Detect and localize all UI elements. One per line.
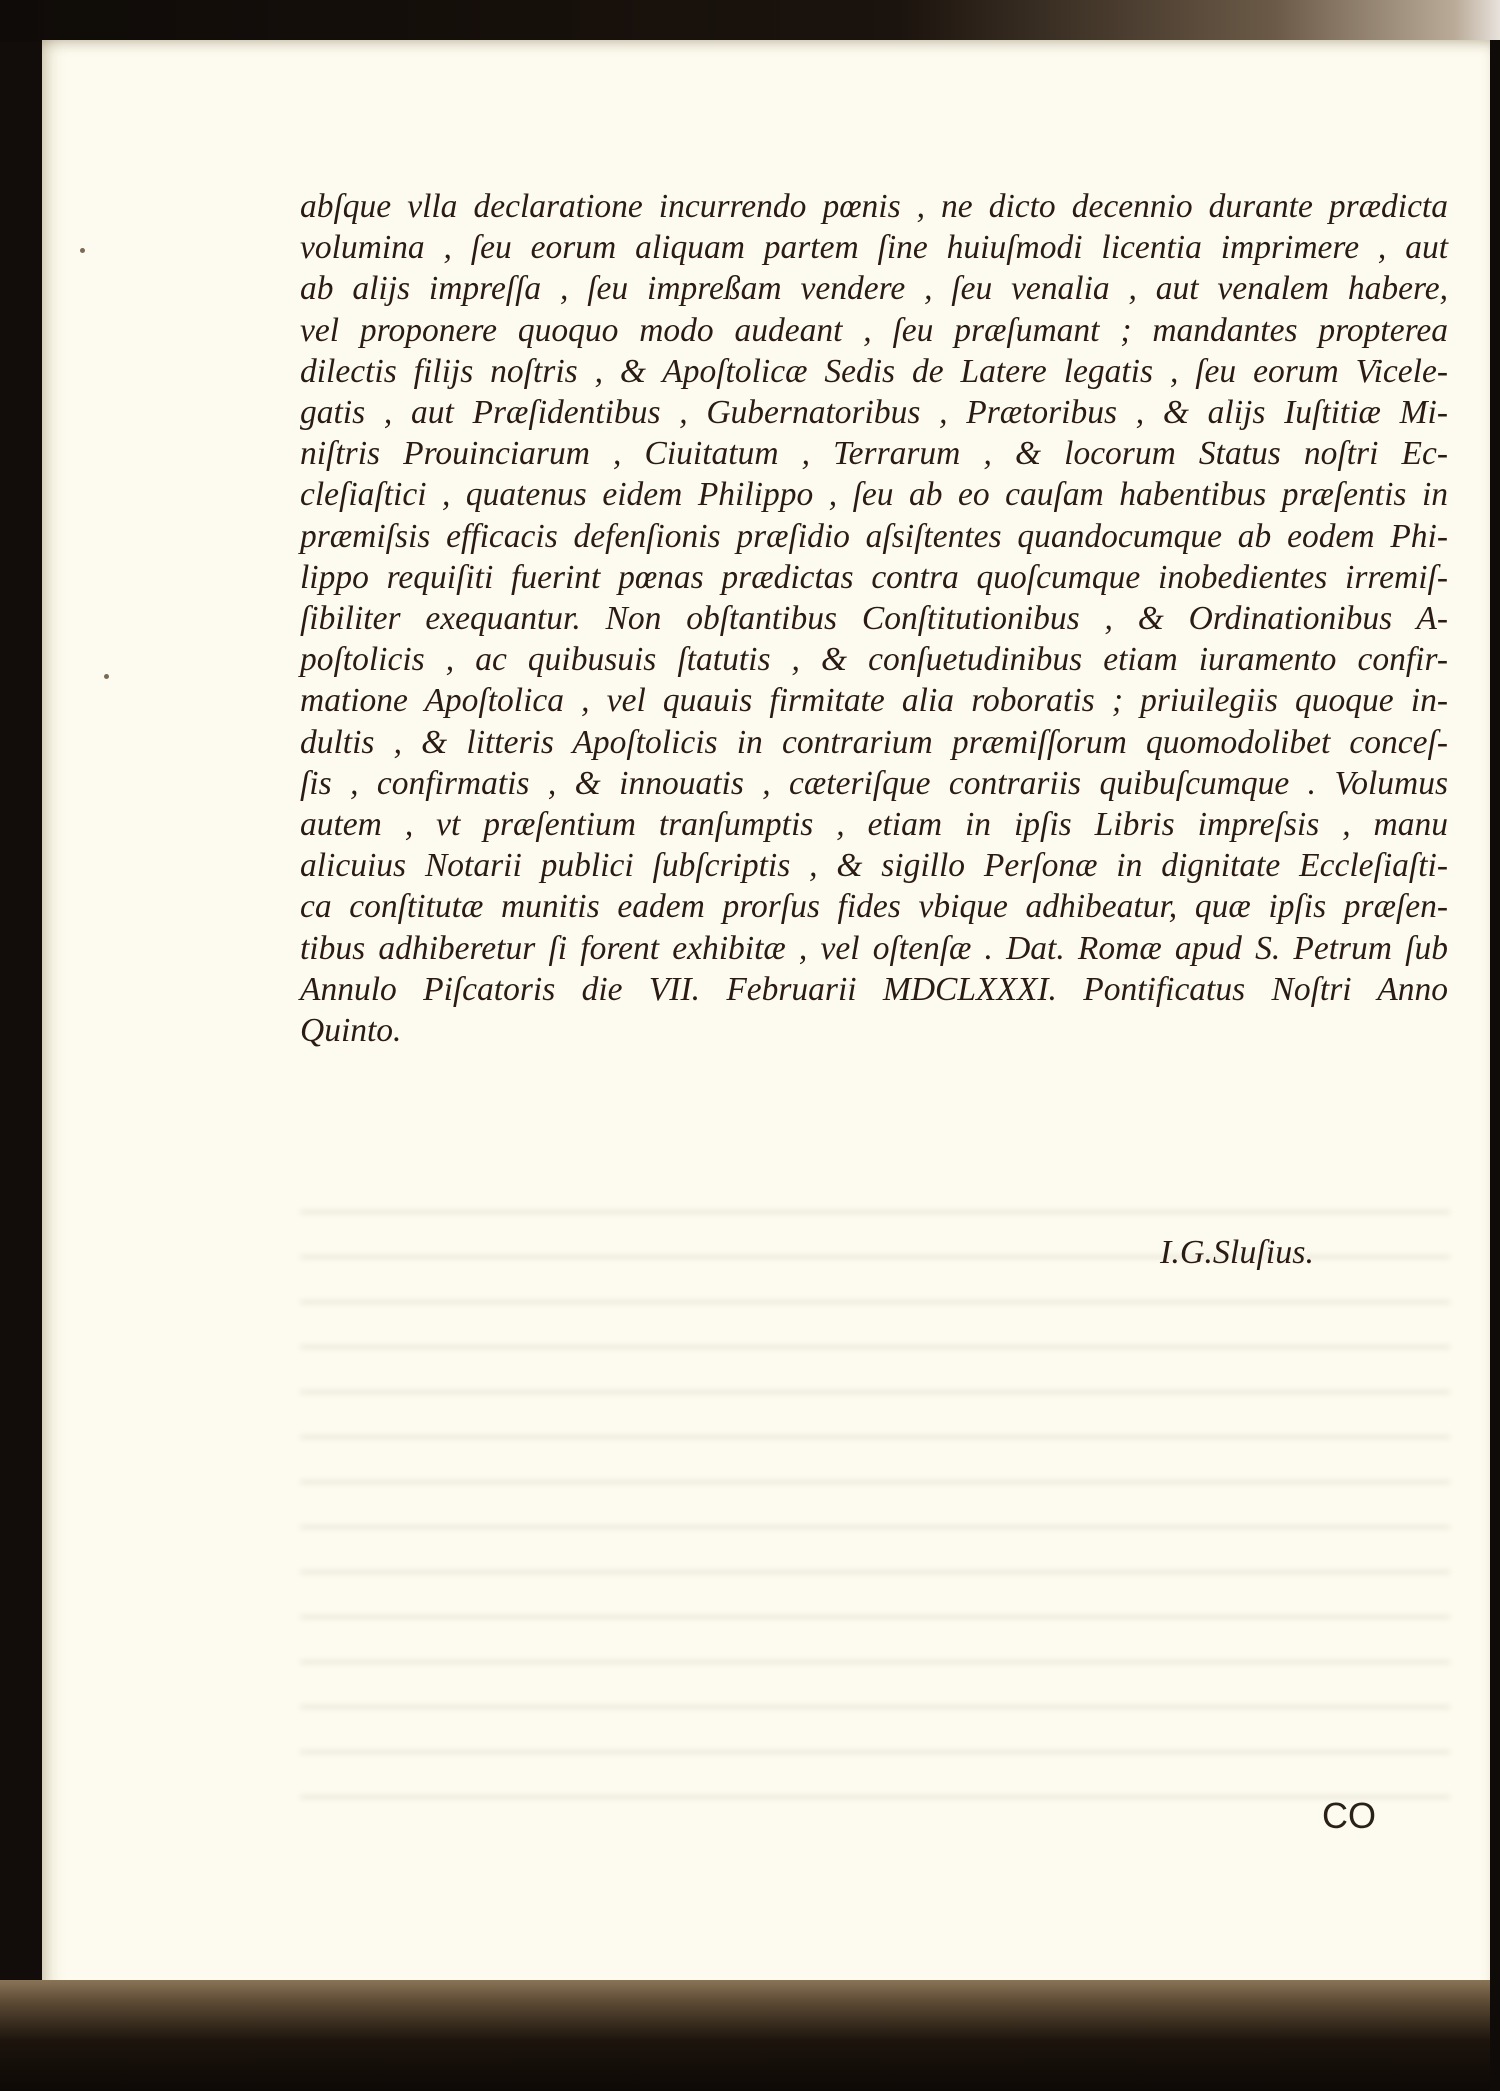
scan-frame-bottom	[0, 1980, 1500, 2091]
signature: I.G.Sluſius.	[1160, 1234, 1314, 1272]
text-line: ca conſtitutæ munitis eadem prorſus fide…	[300, 886, 1448, 927]
scan-frame-top	[0, 0, 1500, 42]
show-through-text	[300, 1180, 1450, 1820]
text-line: cleſiaſtici , quatenus eidem Philippo , …	[300, 474, 1448, 515]
text-line: dultis , & litteris Apoſtolicis in contr…	[300, 722, 1448, 763]
text-line: poſtolicis , ac quibusuis ſtatutis , & c…	[300, 639, 1448, 680]
text-line: Quinto.	[300, 1010, 1448, 1051]
text-line: tibus adhiberetur ſi forent exhibitæ , v…	[300, 928, 1448, 969]
paper-speck	[80, 248, 85, 253]
text-line: volumina , ſeu eorum aliquam partem ſine…	[300, 227, 1448, 268]
catchword: CO	[1322, 1795, 1376, 1837]
text-line: ſis , confirmatis , & innouatis , cæteri…	[300, 763, 1448, 804]
text-line: abſque vlla declaratione incurrendo pœni…	[300, 186, 1448, 227]
paper-speck	[104, 674, 109, 679]
text-line: vel proponere quoquo modo audeant , ſeu …	[300, 310, 1448, 351]
text-line: gatis , aut Præſidentibus , Gubernatorib…	[300, 392, 1448, 433]
text-line: niſtris Prouinciarum , Ciuitatum , Terra…	[300, 433, 1448, 474]
text-line: dilectis filijs noſtris , & Apoſtolicæ S…	[300, 351, 1448, 392]
text-line: Annulo Piſcatoris die VII. Februarii MDC…	[300, 969, 1448, 1010]
body-text: abſque vlla declaratione incurrendo pœni…	[300, 186, 1448, 1051]
text-line: alicuius Notarii publici ſubſcriptis , &…	[300, 845, 1448, 886]
text-line: autem , vt præſentium tranſumptis , etia…	[300, 804, 1448, 845]
text-line: ab alijs impreſſa , ſeu impreßam vendere…	[300, 268, 1448, 309]
text-line: ſibiliter exequantur. Non obſtantibus Co…	[300, 598, 1448, 639]
text-line: matione Apoſtolica , vel quauis firmitat…	[300, 680, 1448, 721]
text-line: præmiſsis efficacis defenſionis præſidio…	[300, 516, 1448, 557]
scan-frame-right	[1490, 40, 1500, 2091]
text-line: lippo requiſiti fuerint pœnas prædictas …	[300, 557, 1448, 598]
